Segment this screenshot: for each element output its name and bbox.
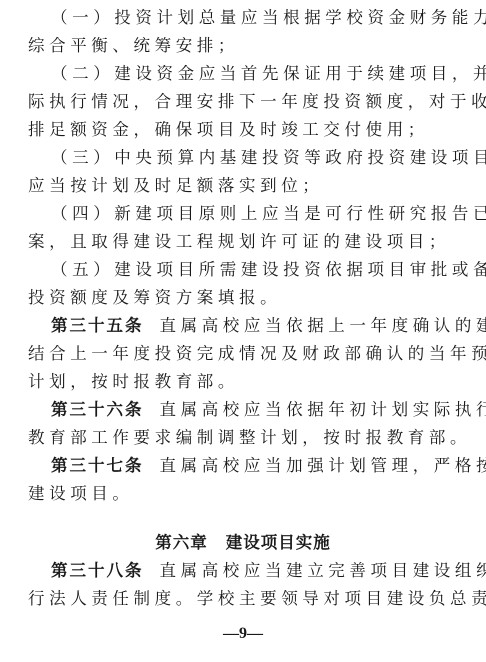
item-5-line-2: 投资额度及筹资方案填报。 (28, 288, 468, 308)
article-35-line-2: 结合上一年度投资完成情况及财政部确认的当年预算编制年初 (28, 344, 468, 364)
article-37-title: 第三十七条 (51, 456, 144, 475)
article-38-title: 第三十八条 (51, 561, 144, 580)
item-3-line-1: （三）中央预算内基建投资等政府投资建设项目的配套资金， (51, 148, 486, 168)
article-37-line-1: 第三十七条直属高校应当加强计划管理，严格按计划实施 (51, 456, 486, 476)
chapter-title: 建设项目实施 (226, 533, 331, 552)
article-35-title: 第三十五条 (51, 316, 144, 335)
chapter-heading: 第六章建设项目实施 (0, 533, 486, 553)
article-35-line-1: 第三十五条直属高校应当依据上一年度确认的建议计划， (51, 316, 486, 336)
article-36-title: 第三十六条 (51, 400, 144, 419)
article-38-text: 直属高校应当建立完善项目建设组织机构，实 (160, 561, 486, 580)
article-37-line-2: 建设项目。 (28, 484, 468, 504)
item-2-line-1: （二）建设资金应当首先保证用于续建项目，并根据项目实 (51, 64, 486, 84)
page-number: —9— (0, 624, 486, 644)
article-36-text: 直属高校应当依据年初计划实际执行情况和 (160, 400, 486, 419)
item-2-line-2: 际执行情况，合理安排下一年度投资额度，对于收尾项目，应安 (28, 92, 468, 112)
article-38-line-2: 行法人责任制度。学校主要领导对项目建设负总责，分管领导对 (28, 589, 468, 609)
article-35-text: 直属高校应当依据上一年度确认的建议计划， (160, 316, 486, 335)
item-3-line-2: 应当按计划及时足额落实到位； (28, 176, 468, 196)
item-1-line-1: （一）投资计划总量应当根据学校资金财务能力和建设需要， (51, 8, 486, 28)
article-38-line-1: 第三十八条直属高校应当建立完善项目建设组织机构，实 (51, 561, 486, 581)
article-36-line-2: 教育部工作要求编制调整计划，按时报教育部。 (28, 428, 468, 448)
chapter-number: 第六章 (155, 533, 208, 552)
article-37-text: 直属高校应当加强计划管理，严格按计划实施 (160, 456, 486, 475)
item-5-line-1: （五）建设项目所需建设投资依据项目审批或备案时确定的 (51, 260, 486, 280)
item-4-line-1: （四）新建项目原则上应当是可行性研究报告已批复或已备 (51, 204, 486, 224)
article-36-line-1: 第三十六条直属高校应当依据年初计划实际执行情况和 (51, 400, 486, 420)
document-page: （一）投资计划总量应当根据学校资金财务能力和建设需要， 综合平衡、统筹安排； （… (0, 0, 486, 662)
article-35-line-3: 计划，按时报教育部。 (28, 372, 468, 392)
item-2-line-3: 排足额资金，确保项目及时竣工交付使用； (28, 120, 468, 140)
item-4-line-2: 案，且取得建设工程规划许可证的建设项目； (28, 232, 468, 252)
item-1-line-2: 综合平衡、统筹安排； (28, 36, 468, 56)
